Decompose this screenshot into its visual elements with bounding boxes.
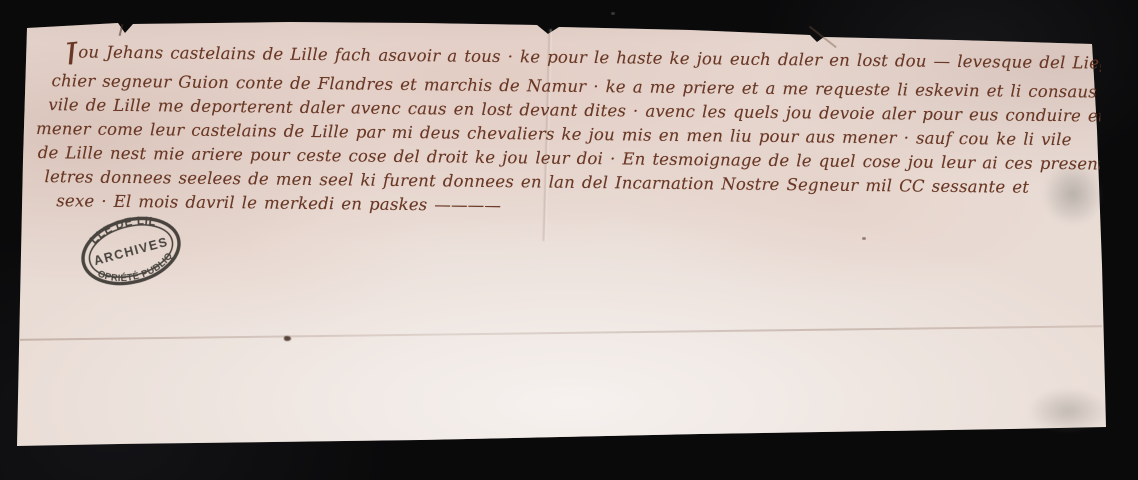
dust-speck — [611, 12, 615, 15]
photo-stage: Jou Jehans castelains de Lille fach asav… — [0, 0, 1138, 480]
drop-cap-initial: J — [63, 50, 77, 61]
manuscript-text-block: Jou Jehans castelains de Lille fach asav… — [35, 40, 1101, 225]
